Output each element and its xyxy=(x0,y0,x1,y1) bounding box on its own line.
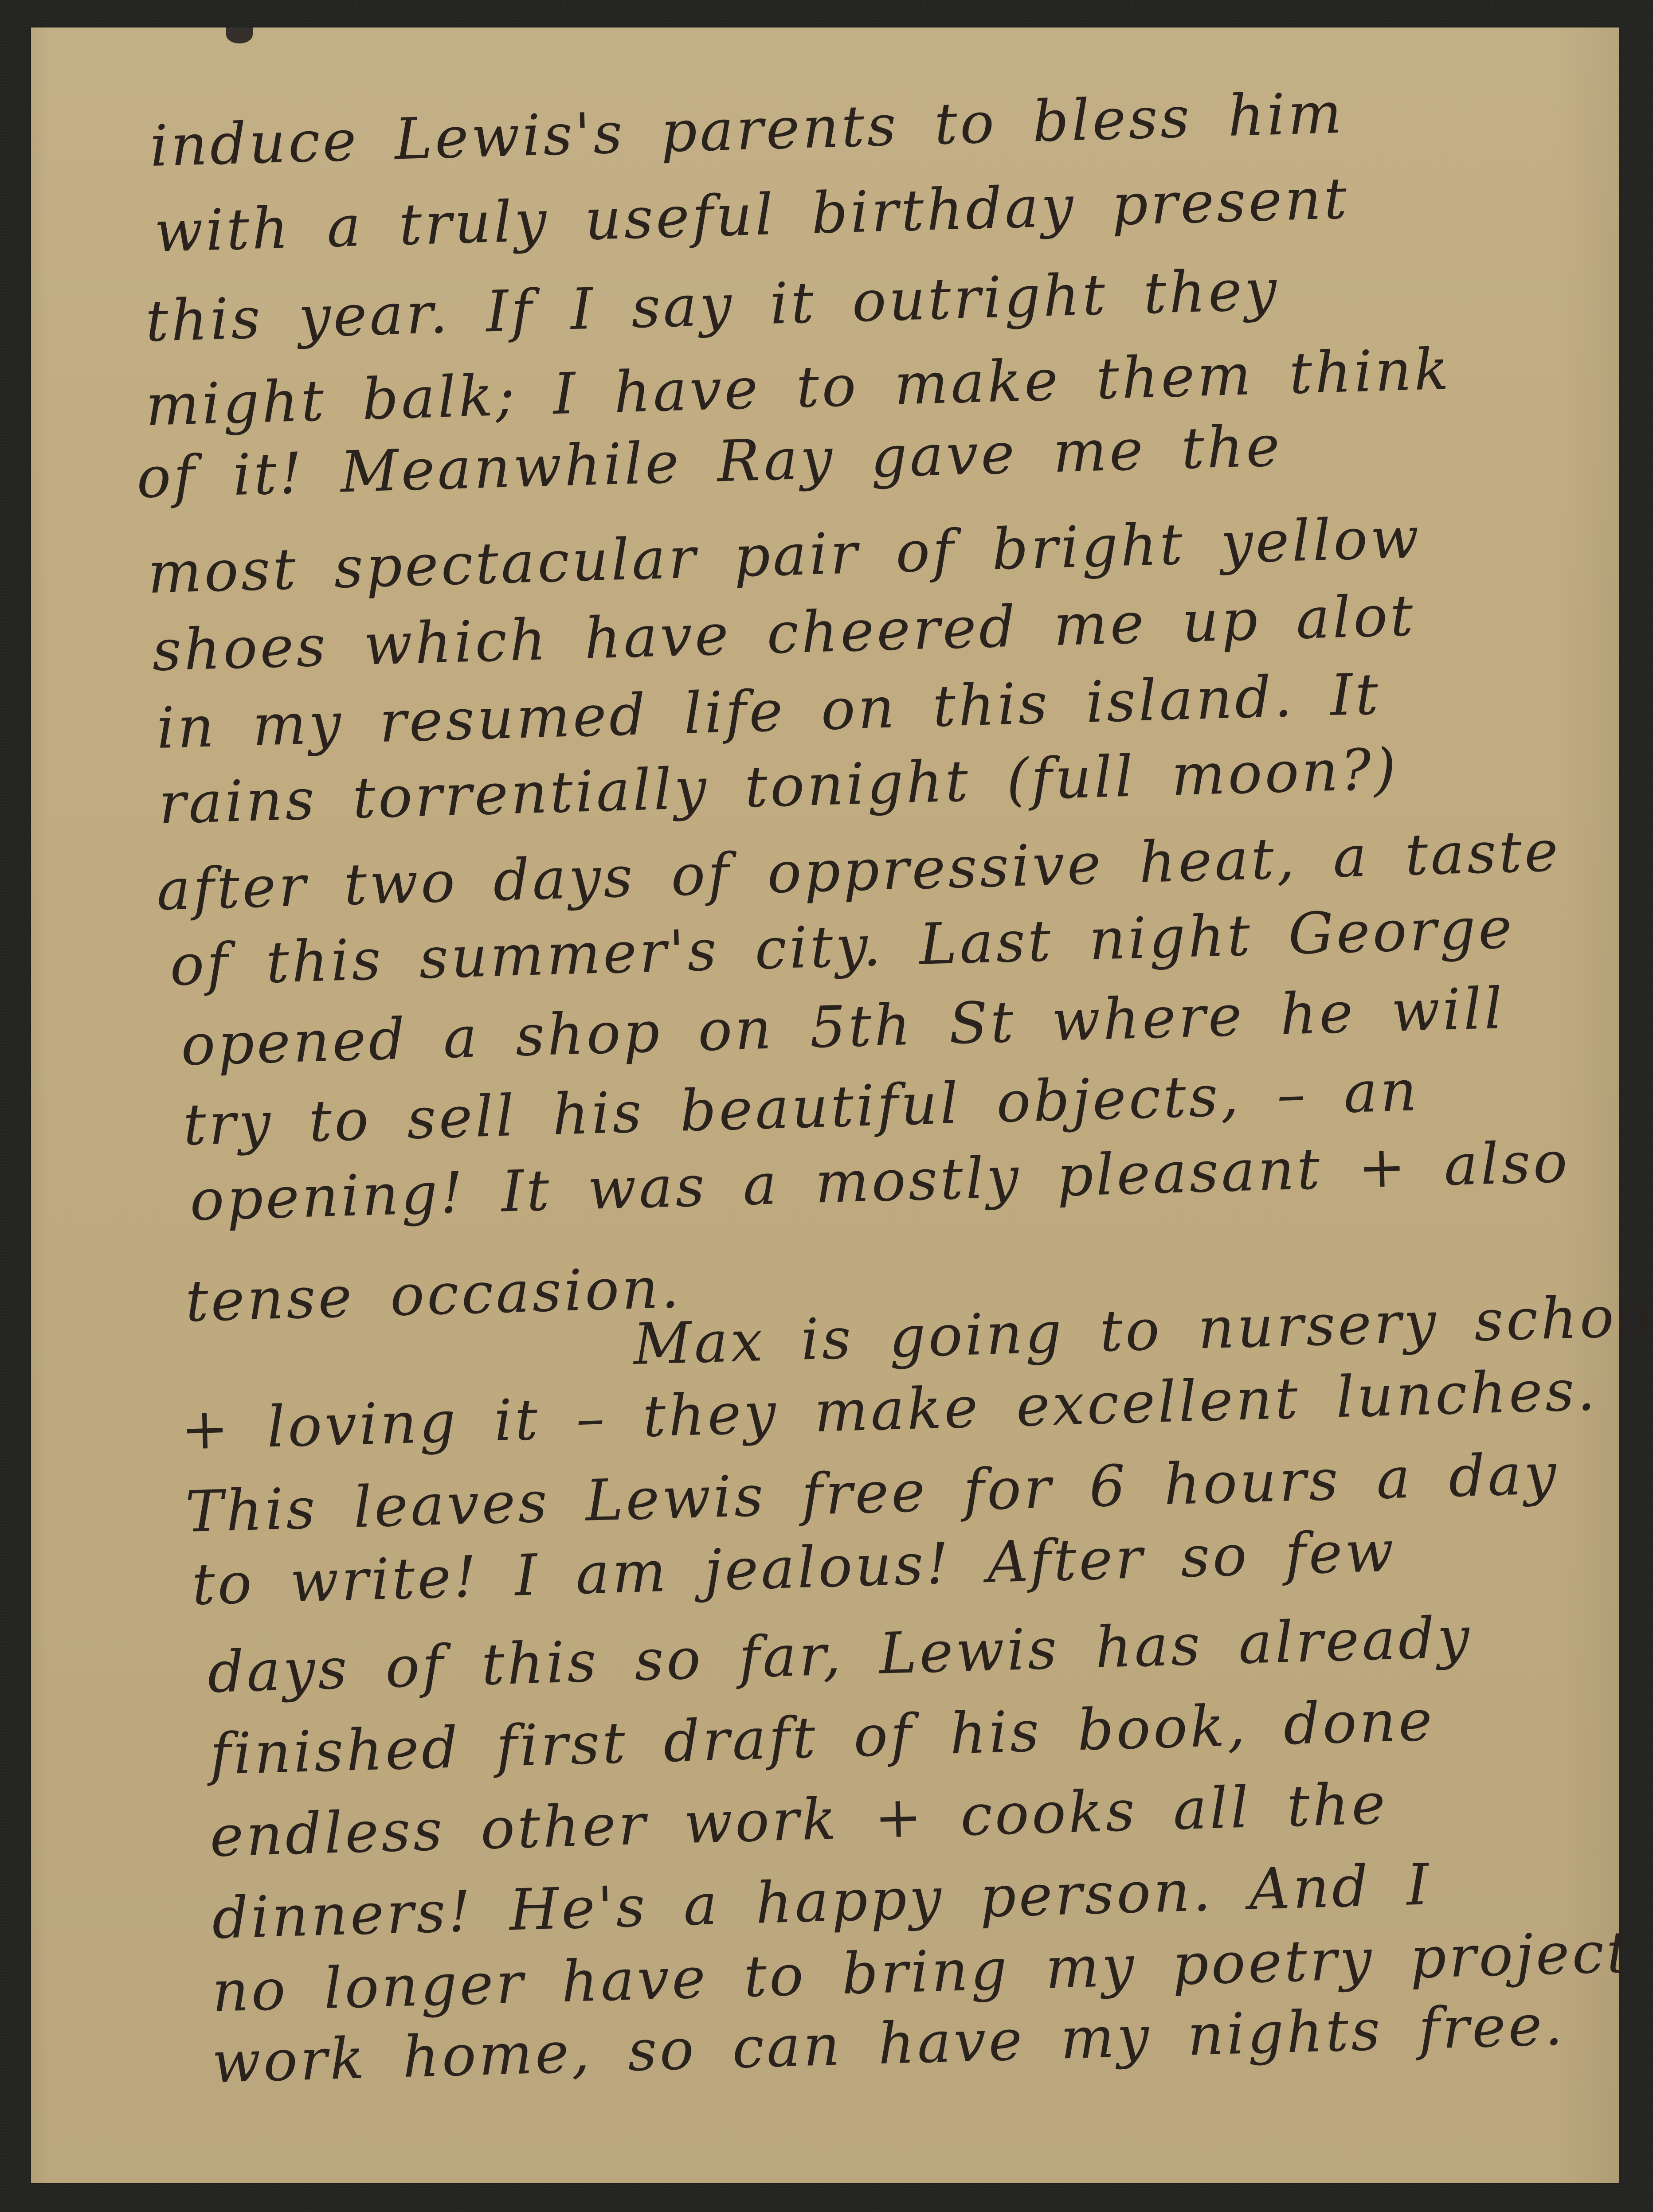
handwritten-line: induce Lewis's parents to bless him xyxy=(149,85,1345,175)
letter-page: induce Lewis's parents to bless him with… xyxy=(31,27,1619,2183)
handwritten-line: finished first draft of his book, done xyxy=(209,1692,1435,1783)
handwritten-line: this year. If I say it outright they xyxy=(145,262,1280,350)
handwritten-line: + loving it – they make excellent lunche… xyxy=(180,1362,1598,1458)
handwritten-line: days of this so far, Lewis has already xyxy=(207,1609,1473,1701)
handwritten-line: tense occasion. xyxy=(184,1260,682,1330)
handwritten-line: opened a shop on 5th St where he will xyxy=(180,981,1505,1074)
handwritten-line: with a truly useful birthday present xyxy=(153,171,1350,261)
handwritten-line: endless other work + cooks all the xyxy=(209,1776,1388,1865)
